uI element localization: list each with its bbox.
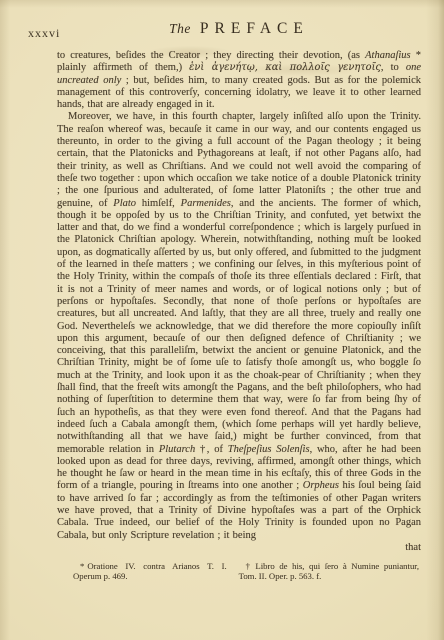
italic-text-segment: Parmenides (181, 198, 231, 209)
page-header: ThePREFACE (57, 20, 421, 38)
header-the: The (169, 21, 191, 36)
text-segment: , to (381, 62, 406, 73)
page-number: xxxvi (28, 26, 60, 41)
footnote-asterisk-text: Oratione IV. contra Arianos T. I. Operum… (73, 561, 227, 581)
scanned-book-page: xxxvi ThePREFACE to creatures, beſides t… (0, 0, 444, 640)
text-segment: †, of (195, 444, 228, 455)
paragraph-continuation: to creatures, beſides the Creator ; they… (57, 50, 421, 111)
body-text: to creatures, beſides the Creator ; they… (57, 50, 421, 582)
dagger-marker: † (246, 561, 253, 571)
catchword: that (57, 542, 421, 554)
text-segment: to creatures, beſides the Creator ; they… (57, 50, 365, 61)
footnote-asterisk: *Oratione IV. contra Arianos T. I. Operu… (73, 561, 227, 582)
footnote-dagger-text: Libro de his, qui ſero à Numine puniantu… (239, 561, 419, 581)
italic-text-segment: Plutarch (159, 444, 195, 455)
text-segment: Moreover, we have, in this fourth chapte… (57, 111, 421, 208)
footnote-dagger: †Libro de his, qui ſero à Numine puniant… (239, 561, 419, 582)
italic-text-segment: Athanaſius (365, 50, 411, 61)
text-segment: , and the ancients. The former of which,… (57, 198, 421, 455)
text-segment: himſelf, (136, 198, 181, 209)
page-title: PREFACE (200, 20, 309, 37)
asterisk-marker: * (80, 561, 84, 571)
italic-text-segment: Orpheus (303, 480, 339, 491)
paragraph-main: Moreover, we have, in this fourth chapte… (57, 111, 421, 541)
greek-phrase: ἑνὶ ἀγενήτῳ, καὶ πολλοῖς γενητοῖς (189, 62, 381, 73)
italic-text-segment: Plato (113, 198, 136, 209)
italic-text-segment: Theſpeſius Solenſis (228, 444, 310, 455)
footnotes: *Oratione IV. contra Arianos T. I. Operu… (57, 561, 421, 582)
